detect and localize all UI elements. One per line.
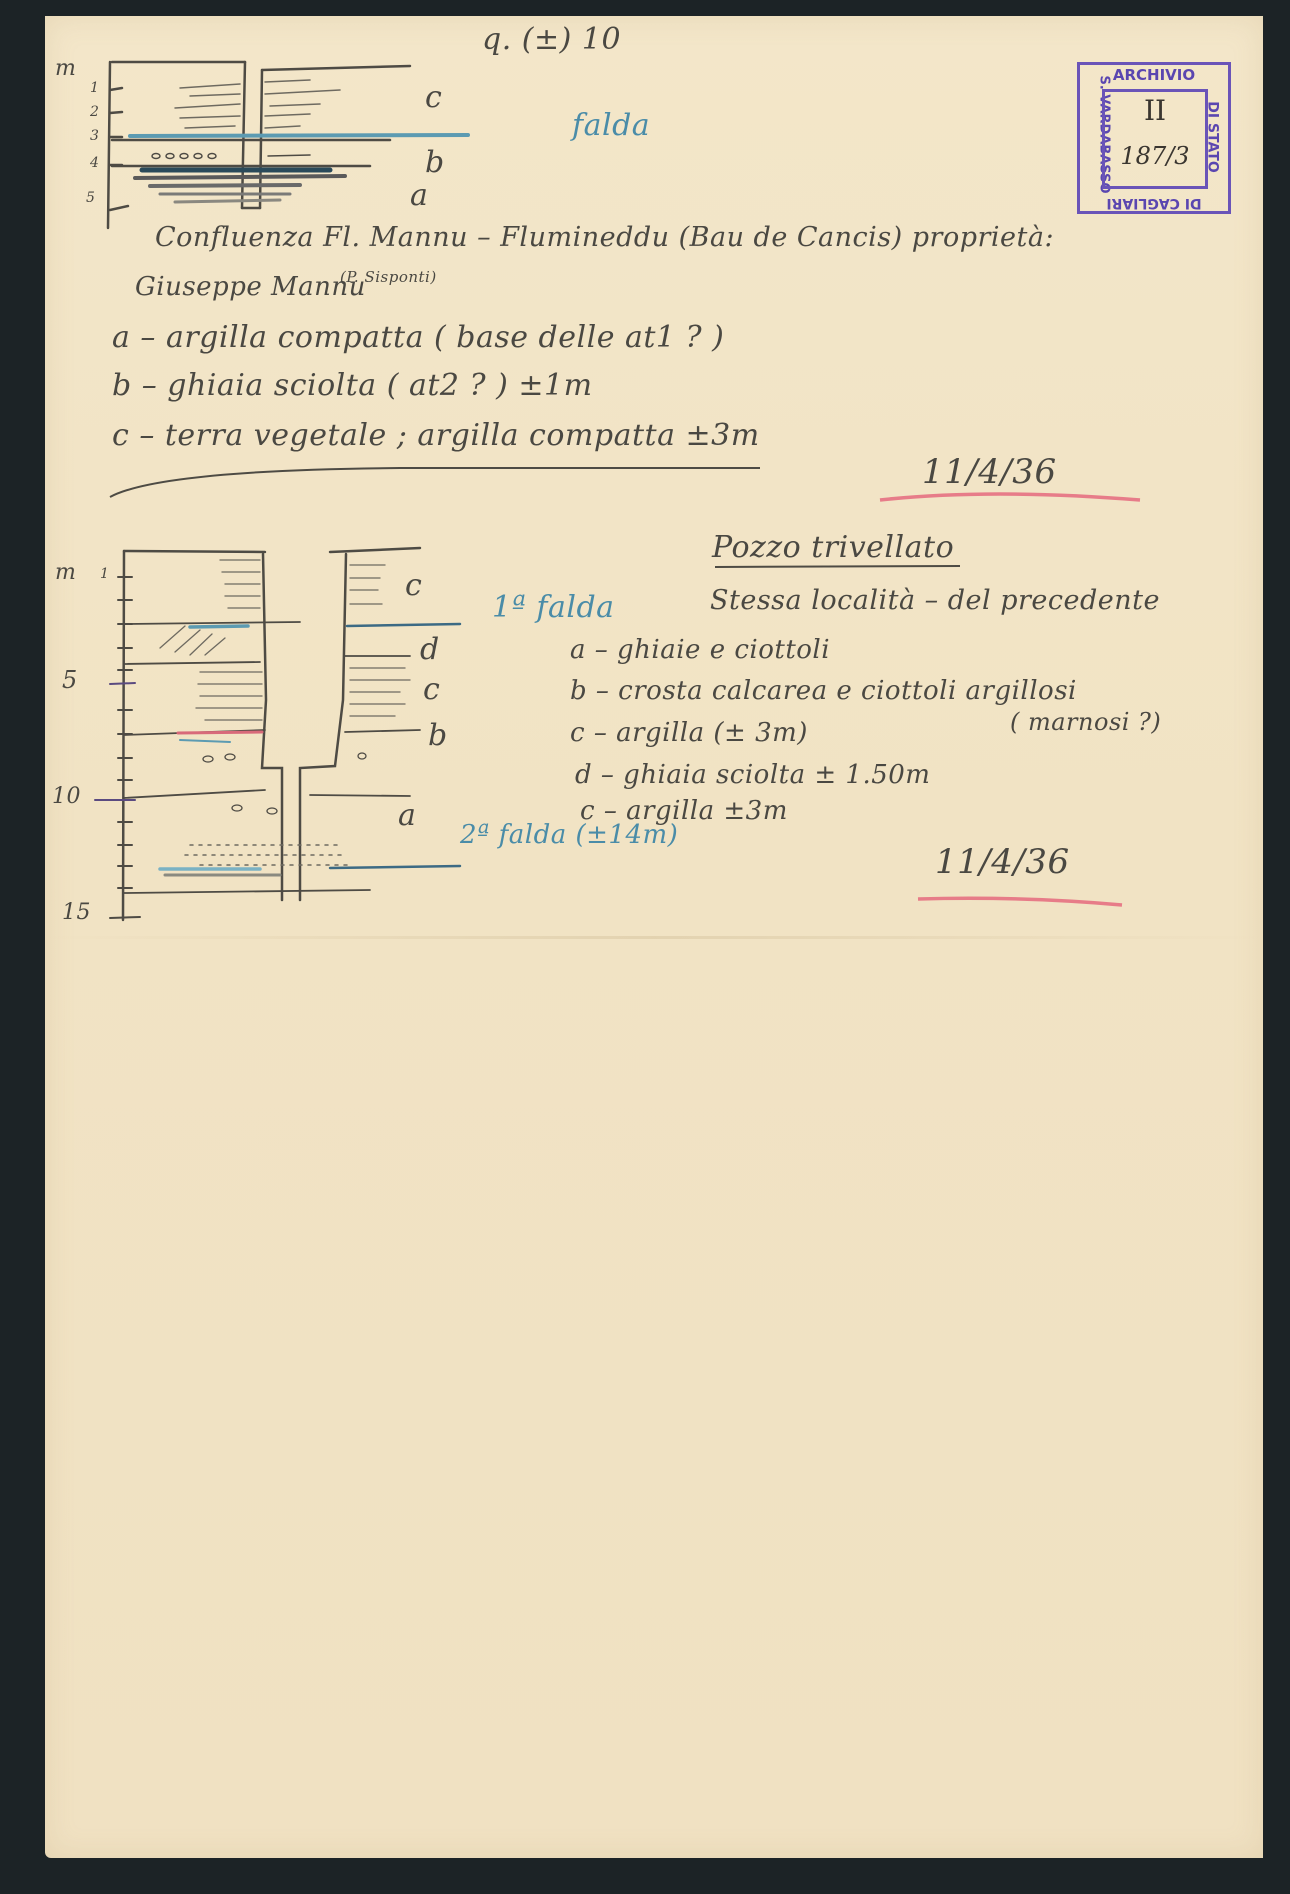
section2-diagram [95, 548, 460, 920]
section2-date-underline [918, 898, 1122, 905]
section2-water-table-1: 1ª falda [492, 590, 615, 625]
section1-title-line2: Giuseppe Mannu [135, 272, 366, 302]
section2-legend-d: d – ghiaia sciolta ± 1.50m [575, 760, 930, 790]
section2-tick-5: 5 [62, 666, 78, 694]
section1-legend-b: b – ghiaia sciolta ( at2 ? ) ±1m [112, 368, 593, 403]
section2-legend-e: c – argilla ±3m [580, 796, 788, 826]
section2-title-underline [715, 566, 960, 567]
section2-tick-15: 15 [62, 900, 91, 925]
section1-separator [110, 468, 760, 497]
section1-tick-5: 5 [86, 190, 95, 206]
section1-water-table-label: falda [572, 108, 650, 143]
section2-legend-b-note: ( marnosi ?) [1010, 708, 1161, 736]
section2-label-a: a [398, 798, 416, 833]
section1-legend-a: a – argilla compatta ( base delle at1 ? … [112, 320, 724, 355]
section1-date-underline [880, 494, 1140, 500]
section1-label-b: b [425, 145, 445, 180]
section2-label-b: b [428, 718, 448, 753]
section2-title: Pozzo trivellato [712, 530, 954, 565]
section1-tick-4: 4 [90, 155, 99, 171]
section1-legend-c: c – terra vegetale ; argilla compatta ±3… [112, 418, 760, 453]
section1-label-a: a [410, 178, 428, 213]
section2-tick-10: 10 [52, 784, 81, 809]
section1-header-note: q. (±) 10 [482, 22, 621, 57]
section1-label-c: c [425, 80, 442, 115]
section1-tick-1: 1 [90, 80, 99, 96]
section2-label-d: d [420, 632, 440, 667]
section1-axis-unit: m [55, 56, 76, 81]
section2-subtitle: Stessa località – del precedente [710, 585, 1160, 616]
section2-axis-unit: m [55, 560, 76, 585]
section1-title-line1: Confluenza Fl. Mannu – Flumineddu (Bau d… [155, 222, 1054, 253]
section2-date: 11/4/36 [935, 842, 1070, 882]
section2-label-c-top: c [405, 568, 422, 603]
section2-label-c: c [423, 672, 440, 707]
section1-tick-3: 3 [90, 128, 99, 144]
section1-tick-2: 2 [90, 104, 99, 120]
section2-tick-1: 1 [100, 566, 109, 582]
section2-legend-b: b – crosta calcarea e ciottoli argillosi [570, 676, 1077, 706]
section2-legend-a: a – ghiaie e ciottoli [570, 635, 830, 665]
section2-legend-c: c – argilla (± 3m) [570, 718, 808, 748]
section1-date: 11/4/36 [922, 452, 1057, 492]
